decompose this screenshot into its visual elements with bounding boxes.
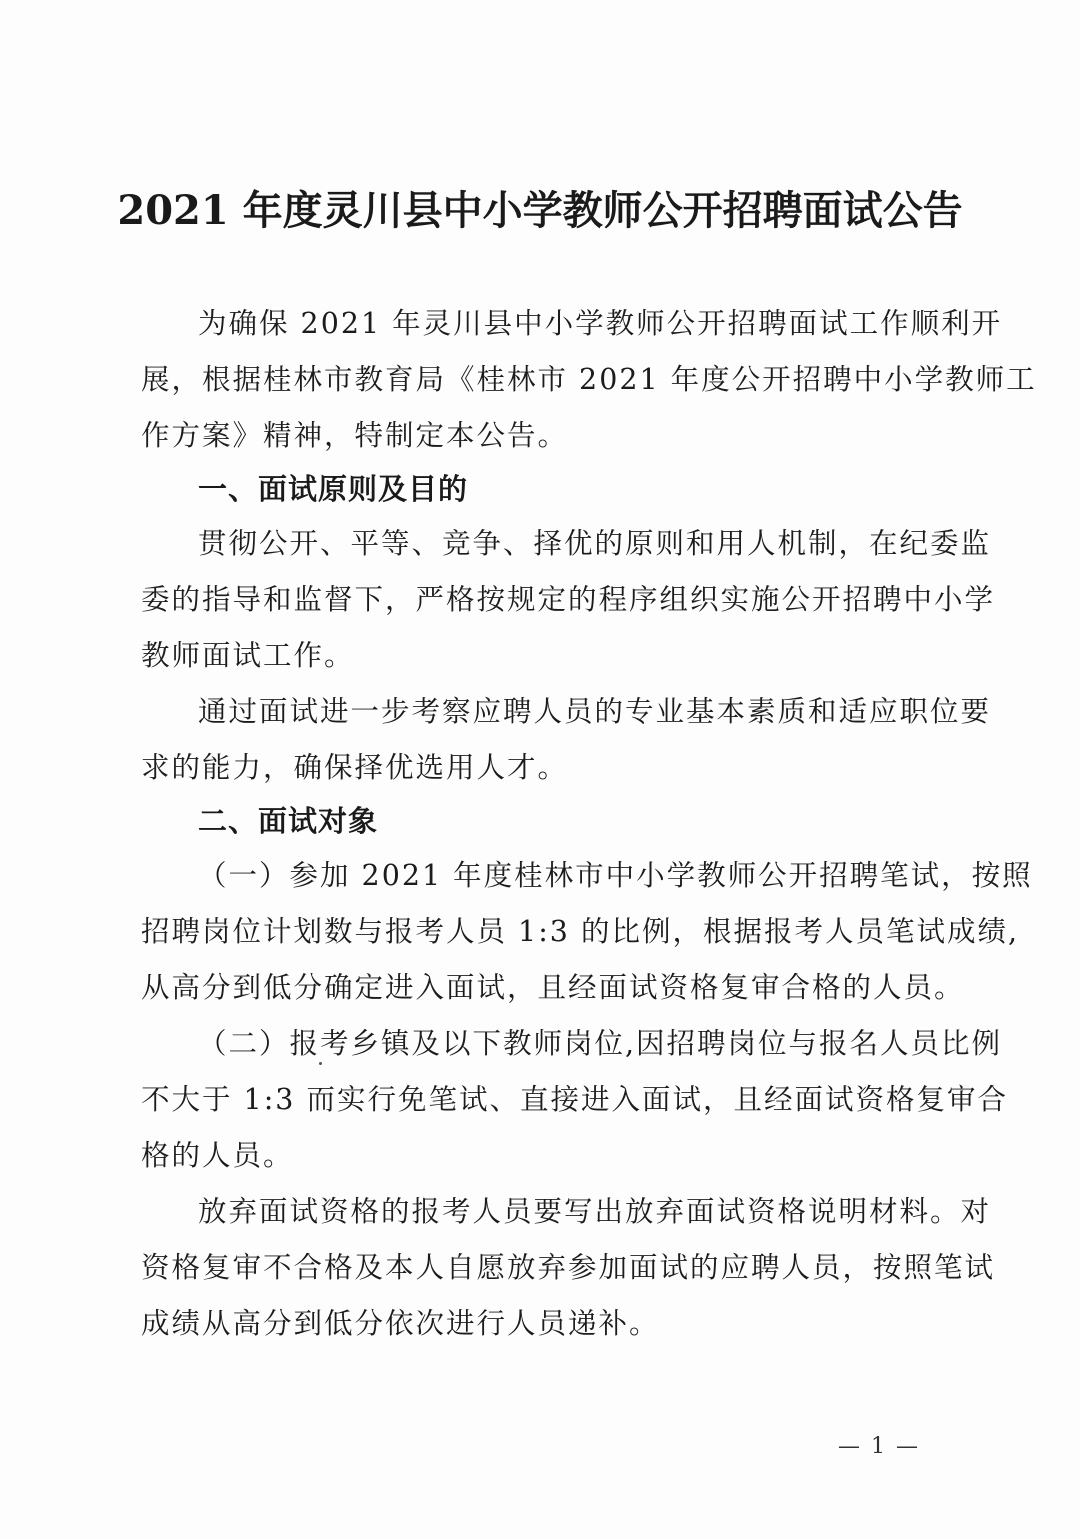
paragraph-line: 成绩从高分到低分依次进行人员递补。	[141, 1304, 981, 1344]
intro-line-2: 展，根据桂林市教育局《桂林市 2021 年度公开招聘中小学教师工	[141, 360, 981, 400]
paragraph-line: 从高分到低分确定进入面试，且经面试资格复审合格的人员。	[141, 968, 981, 1008]
page-number: — 1 —	[838, 1432, 920, 1462]
scan-artifact-dot	[319, 1062, 322, 1065]
section-heading-principles: 一、面试原则及目的	[198, 469, 468, 509]
intro-line-1: 为确保 2021 年灵川县中小学教师公开招聘面试工作顺利开	[198, 304, 1038, 344]
paragraph-line: 资格复审不合格及本人自愿放弃参加面试的应聘人员，按照笔试	[141, 1248, 981, 1288]
paragraph-line: 招聘岗位计划数与报考人员 1:3 的比例，根据报考人员笔试成绩,	[141, 912, 981, 952]
paragraph-line: （二）报考乡镇及以下教师岗位,因招聘岗位与报名人员比例	[198, 1024, 1038, 1064]
paragraph-line: （一）参加 2021 年度桂林市中小学教师公开招聘笔试，按照	[198, 856, 1038, 896]
section-heading-candidates: 二、面试对象	[198, 801, 378, 841]
document-page: 2021 年度灵川县中小学教师公开招聘面试公告 为确保 2021 年灵川县中小学…	[0, 0, 1080, 1539]
intro-line-3: 作方案》精神，特制定本公告。	[141, 416, 981, 456]
paragraph-line: 教师面试工作。	[141, 636, 981, 676]
paragraph-line: 不大于 1:3 而实行免笔试、直接进入面试，且经面试资格复审合	[141, 1080, 981, 1120]
paragraph-line: 格的人员。	[141, 1136, 981, 1176]
paragraph-line: 放弃面试资格的报考人员要写出放弃面试资格说明材料。对	[198, 1192, 1038, 1232]
paragraph-line: 委的指导和监督下，严格按规定的程序组织实施公开招聘中小学	[141, 580, 981, 620]
document-title: 2021 年度灵川县中小学教师公开招聘面试公告	[0, 183, 1080, 239]
paragraph-line: 贯彻公开、平等、竞争、择优的原则和用人机制，在纪委监	[198, 524, 1038, 564]
paragraph-line: 求的能力，确保择优选用人才。	[141, 748, 981, 788]
paragraph-line: 通过面试进一步考察应聘人员的专业基本素质和适应职位要	[198, 692, 1038, 732]
